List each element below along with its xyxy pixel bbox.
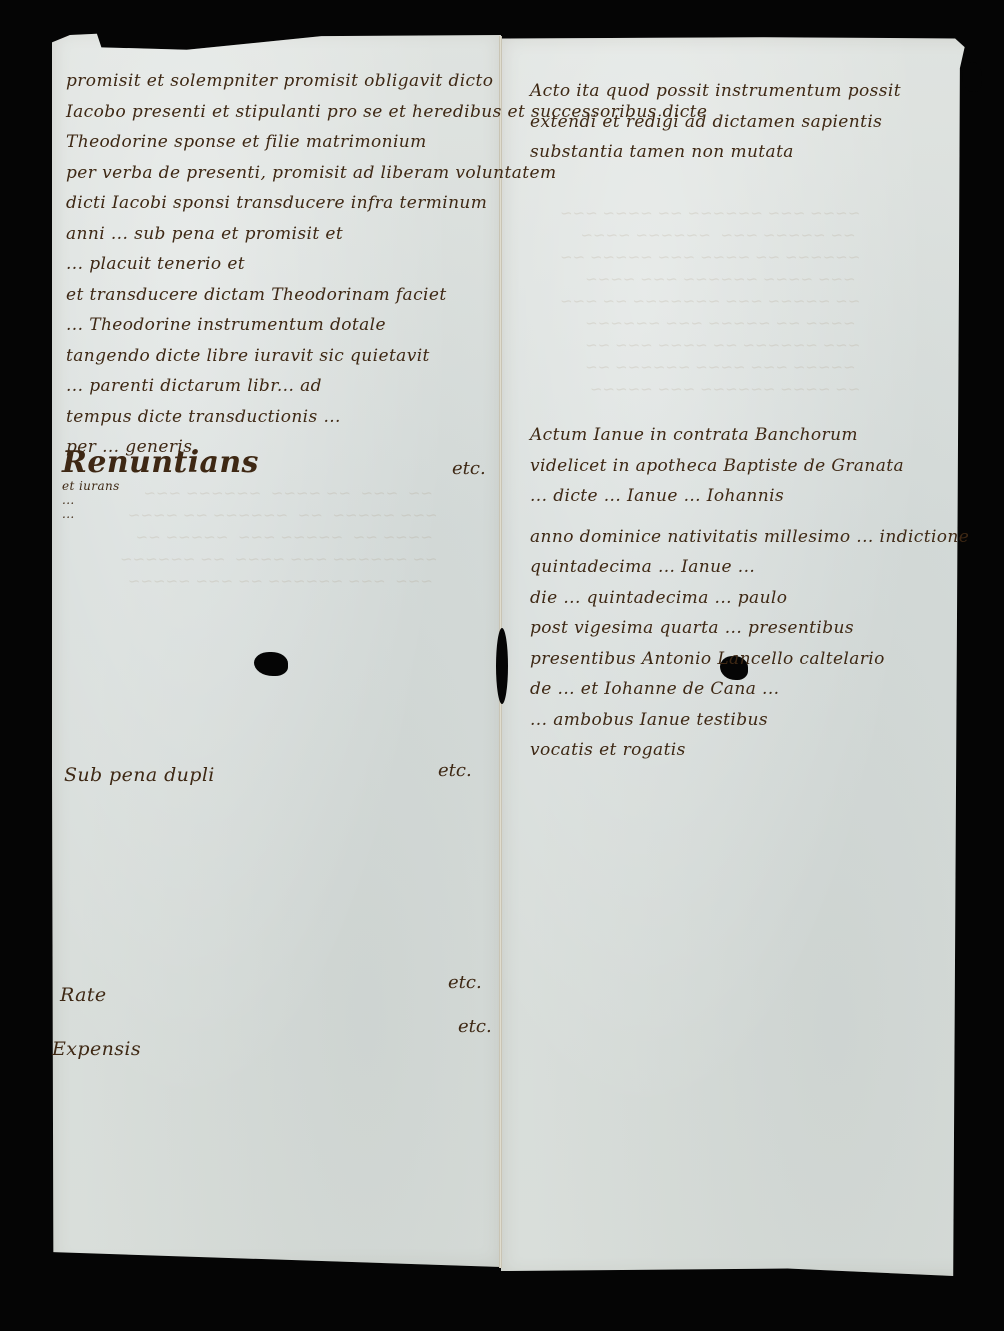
text-line: quintadecima ... Ianue ...: [530, 552, 969, 583]
text-line: ... parenti dictarum libr... ad: [66, 371, 707, 402]
margin-mark: etc.: [448, 972, 482, 993]
actum-paragraph: Actum Ianue in contrata Banchorum videli…: [530, 420, 969, 766]
margin-mark: etc.: [452, 458, 486, 479]
renunciation-block: Renuntians et iurans ... ...: [62, 448, 259, 521]
text-line: videlicet in apotheca Baptiste de Granat…: [530, 451, 969, 482]
text-line: ... ambobus Ianue testibus: [530, 705, 969, 736]
text-line: et transducere dictam Theodorinam faciet: [66, 280, 707, 311]
rate-clause: Rate: [60, 980, 107, 1011]
text-line: dicti Iacobi sponsi transducere infra te…: [66, 188, 707, 219]
text-line: de ... et Iohanne de Cana ...: [530, 674, 969, 705]
text-line: presentibus Antonio Lancello caltelario: [530, 644, 969, 675]
renunciation-sub: et iurans: [62, 479, 259, 493]
worm-hole-left: [254, 652, 288, 676]
text-line: tangendo dicte libre iuravit sic quietav…: [66, 341, 707, 372]
renunciation-sub: ...: [62, 493, 259, 507]
edge-tear-right: [962, 62, 982, 92]
fold-hole: [496, 628, 508, 704]
rate-clause-text: Rate: [60, 984, 107, 1006]
text-line: anno dominice nativitatis millesimo ... …: [530, 522, 969, 553]
text-line: vocatis et rogatis: [530, 735, 969, 766]
penalty-clause: Sub pena dupli: [64, 760, 215, 791]
margin-mark: etc.: [438, 760, 472, 781]
renunciation-heading: Renuntians: [62, 448, 259, 479]
text-line: ... Theodorine instrumentum dotale: [66, 310, 707, 341]
text-line: anni ... sub pena et promisit et: [66, 219, 707, 250]
text-line: extendi et redigi ad dictamen sapientis: [530, 107, 901, 138]
right-opening-text: Acto ita quod possit instrumentum possit…: [530, 76, 901, 168]
margin-mark: etc.: [458, 1016, 492, 1037]
expenses-clause: Expensis: [52, 1034, 141, 1065]
text-line: ... dicte ... Ianue ... Iohannis: [530, 481, 969, 512]
text-line: Actum Ianue in contrata Banchorum: [530, 420, 969, 451]
text-line: post vigesima quarta ... presentibus: [530, 613, 969, 644]
text-line: die ... quintadecima ... paulo: [530, 583, 969, 614]
text-line: ... placuit tenerio et: [66, 249, 707, 280]
penalty-clause-text: Sub pena dupli: [64, 764, 215, 786]
text-line: Acto ita quod possit instrumentum possit: [530, 76, 901, 107]
text-line: substantia tamen non mutata: [530, 137, 901, 168]
expenses-clause-text: Expensis: [52, 1038, 141, 1060]
renunciation-sub: ...: [62, 507, 259, 521]
